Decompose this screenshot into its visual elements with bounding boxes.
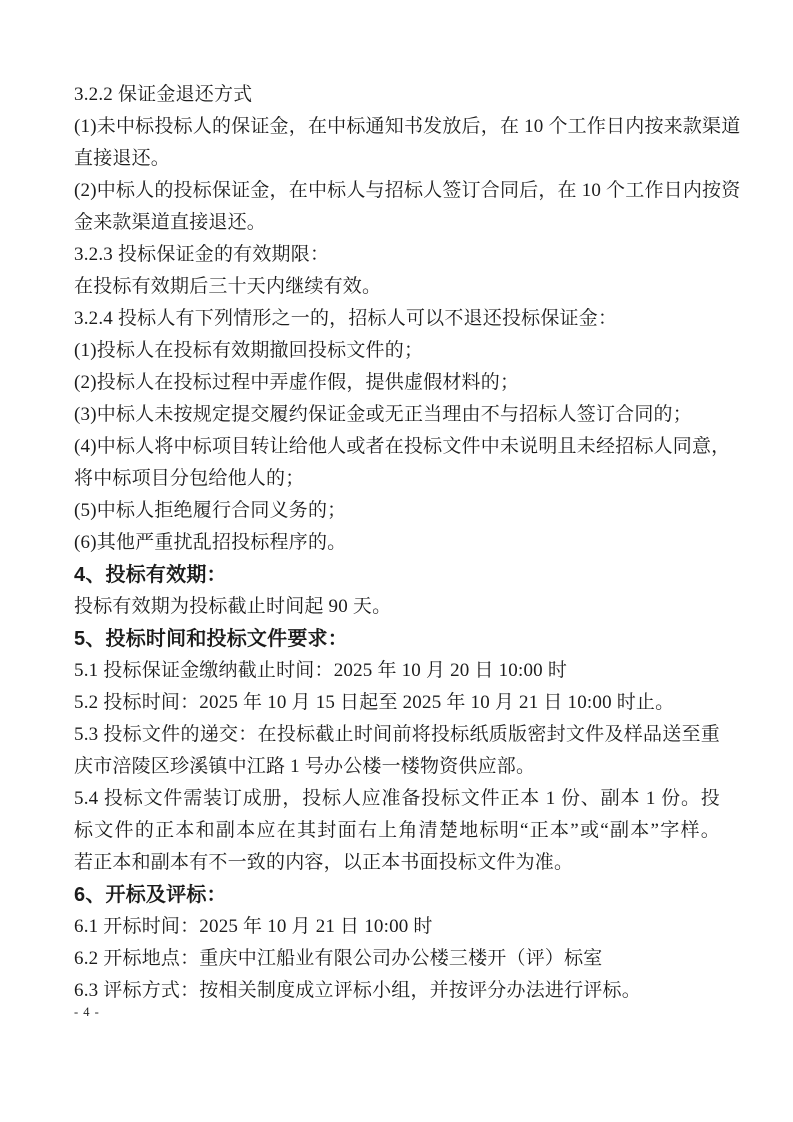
list-item: (1)投标人在投标有效期撤回投标文件的； bbox=[74, 335, 720, 367]
clause-heading-3-2-2: 3.2.2 保证金退还方式 bbox=[74, 79, 720, 111]
clause-line-5-1: 5.1 投标保证金缴纳截止时间：2025 年 10 月 20 日 10:00 时 bbox=[74, 655, 720, 687]
list-item: (2)投标人在投标过程中弄虚作假，提供虚假材料的； bbox=[74, 367, 720, 399]
clause-line-6-2: 6.2 开标地点：重庆中江船业有限公司办公楼三楼开（评）标室 bbox=[74, 943, 720, 975]
clause-line-5-2: 5.2 投标时间：2025 年 10 月 15 日起至 2025 年 10 月 … bbox=[74, 687, 720, 719]
paragraph-line: 金来款渠道直接退还。 bbox=[74, 207, 720, 239]
list-item: (4)中标人将中标项目转让给他人或者在投标文件中未说明且未经招标人同意， bbox=[74, 431, 720, 463]
clause-heading-3-2-3: 3.2.3 投标保证金的有效期限： bbox=[74, 239, 720, 271]
paragraph-line: 标文件的正本和副本应在其封面右上角清楚地标明“正本”或“副本”字样。 bbox=[74, 815, 720, 847]
paragraph-line: (1)未中标投标人的保证金，在中标通知书发放后，在 10 个工作日内按来款渠道 bbox=[74, 111, 720, 143]
list-item: (5)中标人拒绝履行合同义务的； bbox=[74, 495, 720, 527]
paragraph-line: 直接退还。 bbox=[74, 143, 720, 175]
document-body: 3.2.2 保证金退还方式 (1)未中标投标人的保证金，在中标通知书发放后，在 … bbox=[74, 79, 720, 1007]
clause-line-5-3: 5.3 投标文件的递交：在投标截止时间前将投标纸质版密封文件及样品送至重 bbox=[74, 719, 720, 751]
clause-heading-3-2-4: 3.2.4 投标人有下列情形之一的，招标人可以不退还投标保证金： bbox=[74, 303, 720, 335]
list-item: (3)中标人未按规定提交履约保证金或无正当理由不与招标人签订合同的； bbox=[74, 399, 720, 431]
paragraph-line: (2)中标人的投标保证金，在中标人与招标人签订合同后，在 10 个工作日内按资 bbox=[74, 175, 720, 207]
section-heading-4: 4、投标有效期： bbox=[74, 559, 720, 591]
clause-line-5-4: 5.4 投标文件需装订成册，投标人应准备投标文件正本 1 份、副本 1 份。投 bbox=[74, 783, 720, 815]
list-item: 将中标项目分包给他人的； bbox=[74, 463, 720, 495]
clause-line-6-3: 6.3 评标方式：按相关制度成立评标小组，并按评分办法进行评标。 bbox=[74, 975, 720, 1007]
paragraph-line: 投标有效期为投标截止时间起 90 天。 bbox=[74, 591, 720, 623]
page-number: - 4 - bbox=[74, 1001, 100, 1023]
section-heading-5: 5、投标时间和投标文件要求： bbox=[74, 623, 720, 655]
section-heading-6: 6、开标及评标： bbox=[74, 879, 720, 911]
clause-line-6-1: 6.1 开标时间：2025 年 10 月 21 日 10:00 时 bbox=[74, 911, 720, 943]
paragraph-line: 若正本和副本有不一致的内容，以正本书面投标文件为准。 bbox=[74, 847, 720, 879]
paragraph-line: 庆市涪陵区珍溪镇中江路 1 号办公楼一楼物资供应部。 bbox=[74, 751, 720, 783]
paragraph-line: 在投标有效期后三十天内继续有效。 bbox=[74, 271, 720, 303]
list-item: (6)其他严重扰乱招投标程序的。 bbox=[74, 527, 720, 559]
document-page: 3.2.2 保证金退还方式 (1)未中标投标人的保证金，在中标通知书发放后，在 … bbox=[0, 0, 793, 1122]
